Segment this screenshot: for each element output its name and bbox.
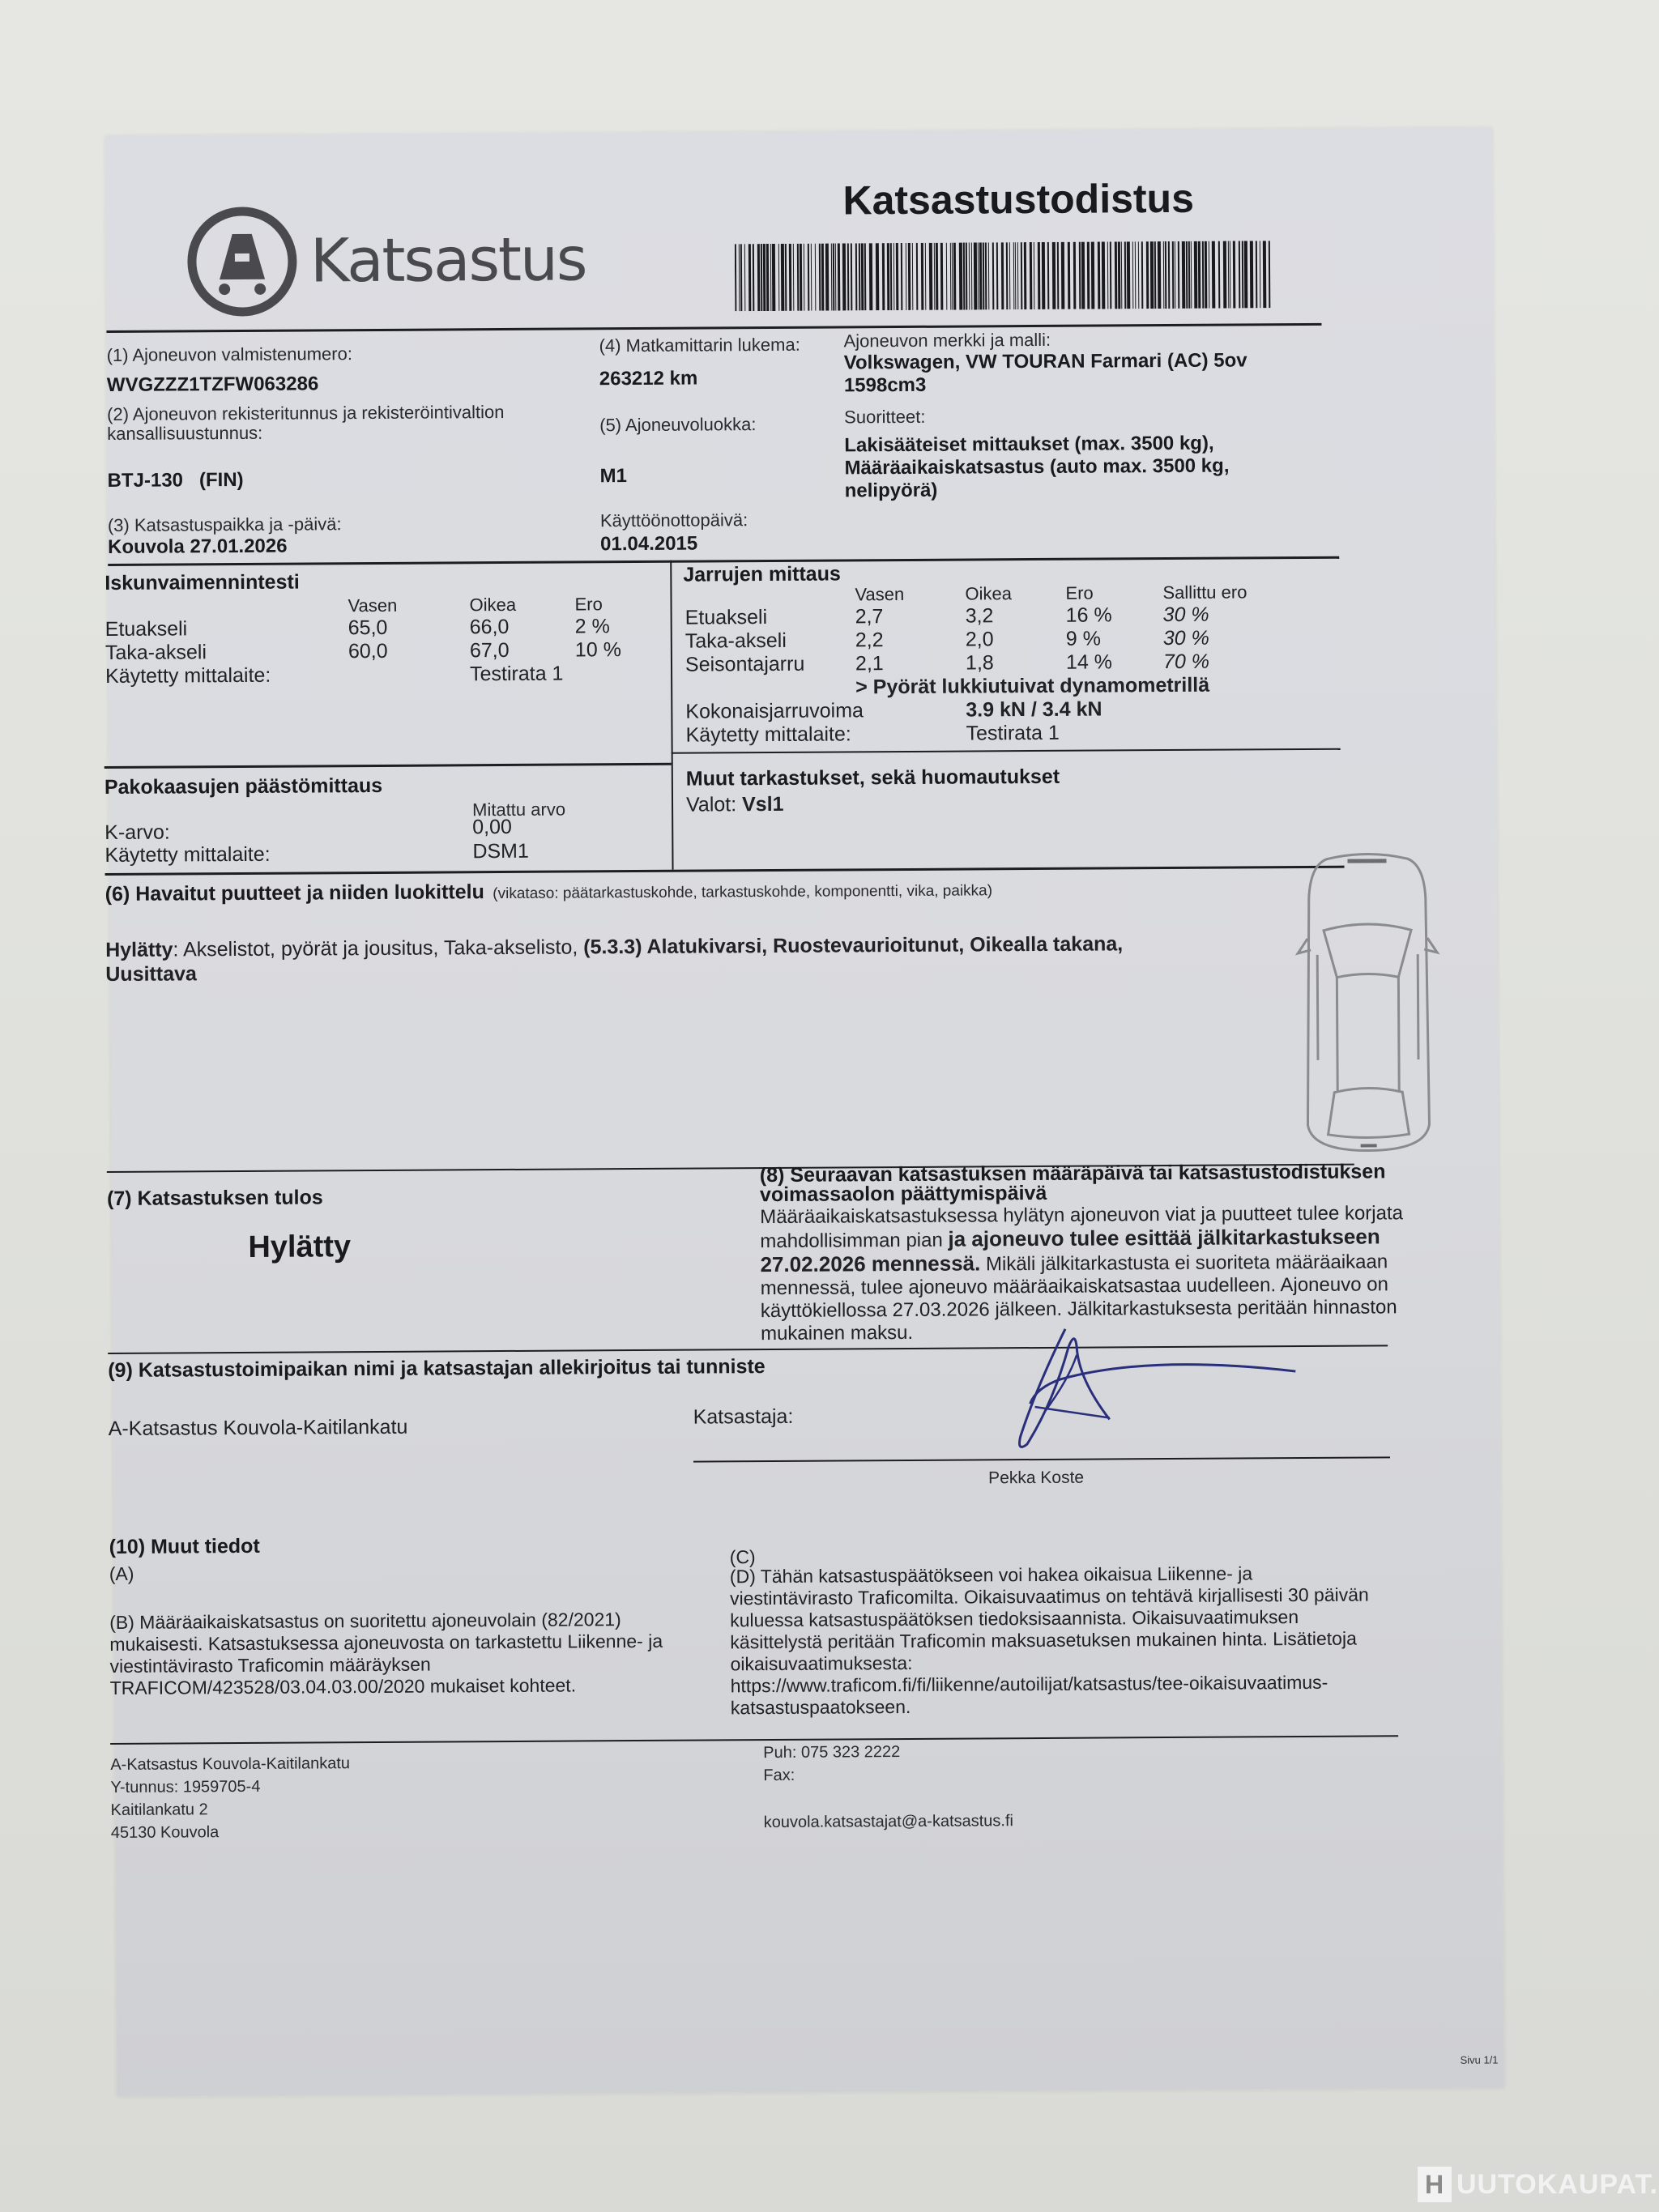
make-model-value: Volkswagen, VW TOURAN Farmari (AC) 5ov 1… — [844, 349, 1298, 397]
brake-test-table: Vasen Oikea Ero Sallittu ero Etuakseli 2… — [684, 579, 1247, 747]
device-label: Käytetty mittalaite: — [685, 722, 966, 748]
defects-subtitle: (vikataso: päätarkastuskohde, tarkastusk… — [493, 882, 992, 902]
watermark-logo-icon: H — [1418, 2167, 1452, 2202]
shock-test-table: Vasen Oikea Ero Etuakseli 65,0 66,0 2 % … — [104, 591, 621, 688]
place-date-label: (3) Katsastuspaikka ja -päivä: — [108, 514, 342, 536]
lights-label: Valot: — [686, 793, 736, 816]
device-label: Käytetty mittalaite: — [105, 663, 470, 688]
defects-header: (6) Havaitut puutteet ja niiden luokitte… — [105, 877, 992, 906]
table-row: Seisontajarru 2,1 1,8 14 % 70 % — [685, 650, 1247, 676]
total-brake-value: 3.9 kN / 3.4 kN — [966, 697, 1247, 722]
divider — [104, 763, 672, 769]
place-date-value: Kouvola 27.01.2026 — [108, 535, 288, 559]
a-katsastus-logo-icon — [186, 205, 300, 319]
other-info-d: (D) Tähän katsastuspäätökseen voi hakea … — [730, 1562, 1371, 1719]
first-use-value: 01.04.2015 — [600, 533, 697, 556]
footer-phone: Puh: 075 323 2222 — [763, 1743, 900, 1762]
inspector-name: Pekka Koste — [988, 1468, 1084, 1489]
other-info-a: (A) — [109, 1563, 134, 1585]
result-title: (7) Katsastuksen tulos — [107, 1186, 323, 1211]
emissions-title: Pakokaasujen päästömittaus — [104, 774, 382, 799]
divider — [110, 1735, 1398, 1745]
divider — [672, 748, 1341, 754]
result-value: Hylätty — [248, 1230, 351, 1265]
odometer-label: (4) Matkamittarin lukema: — [599, 335, 800, 357]
make-model-label: Ajoneuvon merkki ja malli: — [843, 330, 1051, 352]
col-header: Vasen — [348, 592, 469, 616]
footer-postal: 45130 Kouvola — [111, 1823, 220, 1843]
col-header: Oikea — [965, 581, 1065, 605]
next-inspection-title: (8) Seuraavan katsastuksen määräpäivä ta… — [760, 1161, 1456, 1204]
k-value-label: K-arvo: — [104, 821, 170, 845]
odometer-value: 263212 km — [599, 368, 698, 391]
station-name: A-Katsastus Kouvola-Kaitilankatu — [109, 1416, 408, 1441]
divider — [106, 323, 1321, 333]
class-value: M1 — [599, 465, 627, 488]
col-header: Sallittu ero — [1162, 579, 1247, 603]
footer-fax: Fax: — [763, 1767, 795, 1785]
other-info-b: (B) Määräaikaiskatsastus on suoritettu a… — [109, 1608, 710, 1699]
vin-label: (1) Ajoneuvon valmistenumero: — [107, 343, 352, 366]
k-value: 0,00 — [472, 816, 512, 839]
device-value: Testirata 1 — [966, 720, 1247, 745]
defect-path: : Akselistot, pyörät ja jousitus, Taka-a… — [173, 936, 583, 961]
brake-note: > Pyörät lukkiutuivat dynamometrillä — [855, 673, 1247, 699]
lights-row: Valot: Vsl1 — [686, 793, 784, 817]
footer-email: kouvola.katsastajat@a-katsastus.fi — [764, 1812, 1013, 1832]
signature-title: (9) Katsastustoimipaikan nimi ja katsast… — [108, 1355, 766, 1383]
first-use-label: Käyttöönottopäivä: — [600, 509, 748, 531]
table-row: Taka-akseli 60,0 67,0 10 % — [105, 638, 621, 665]
handwritten-signature-icon — [987, 1321, 1312, 1460]
watermark-text: UUTOKAUPAT.COM — [1456, 2169, 1659, 2201]
lights-value: Vsl1 — [742, 793, 784, 816]
divider — [105, 866, 1345, 876]
inspection-certificate: Katsastus Katsastustodistus (1) Ajoneuvo… — [105, 128, 1504, 2096]
services-label: Suoritteet: — [844, 407, 925, 428]
emissions-device-value: DSM1 — [472, 840, 529, 863]
reg-label: (2) Ajoneuvon rekisteritunnus ja rekiste… — [107, 403, 561, 444]
page-number: Sivu 1/1 — [1460, 2054, 1498, 2066]
col-header: Ero — [574, 591, 621, 615]
col-header: Oikea — [469, 591, 574, 616]
car-top-view-diagram-icon — [1294, 849, 1441, 1157]
defect-status: Hylätty — [105, 939, 173, 962]
table-row: Etuakseli 65,0 66,0 2 % — [105, 615, 621, 641]
logo-text: Katsastus — [310, 224, 586, 296]
total-brake-label: Kokonaisjarruvoima — [685, 699, 966, 724]
barcode — [735, 241, 1274, 311]
other-info-title: (10) Muut tiedot — [109, 1535, 260, 1559]
other-checks-title: Muut tarkastukset, sekä huomautukset — [686, 765, 1060, 791]
shock-test-title: Iskunvaimennintesti — [104, 571, 300, 595]
col-header: Ero — [1065, 580, 1162, 604]
document-title: Katsastustodistus — [842, 175, 1194, 224]
footer-company: A-Katsastus Kouvola-Kaitilankatu — [110, 1754, 350, 1775]
watermark: H UUTOKAUPAT.COM — [1418, 2167, 1659, 2202]
inspector-label: Katsastaja: — [693, 1405, 794, 1430]
emissions-device-label: Käytetty mittalaite: — [104, 843, 270, 867]
col-header: Vasen — [855, 582, 965, 606]
footer-business-id: Y-tunnus: 1959705-4 — [110, 1778, 260, 1797]
footer-street: Kaitilankatu 2 — [111, 1801, 208, 1820]
defects-title: (6) Havaitut puutteet ja niiden luokitte… — [105, 880, 484, 906]
device-value: Testirata 1 — [470, 662, 621, 686]
table-row: Taka-akseli 2,2 2,0 9 % 30 % — [685, 626, 1247, 653]
reg-value: BTJ-130 (FIN) — [108, 469, 244, 492]
vin-value: WVGZZZ1TZFW063286 — [107, 373, 319, 397]
defect-item: Hylätty: Akselistot, pyörät ja jousitus,… — [105, 931, 1126, 987]
divider-vertical — [670, 560, 673, 870]
logo: Katsastus — [186, 202, 586, 318]
class-label: (5) Ajoneuvoluokka: — [599, 414, 756, 436]
services-value: Lakisääteiset mittaukset (max. 3500 kg),… — [844, 432, 1299, 502]
table-row: Etuakseli 2,7 3,2 16 % 30 % — [685, 603, 1247, 629]
